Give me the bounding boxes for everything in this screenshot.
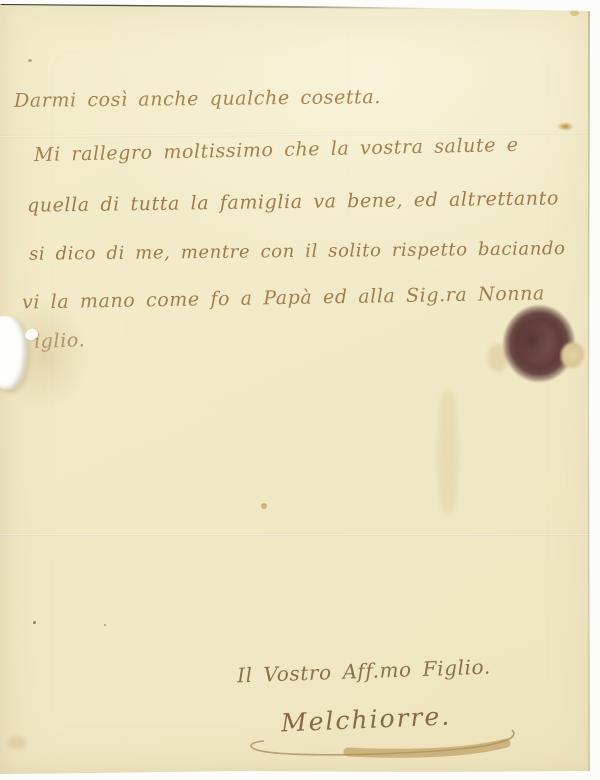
foxing-spot: [104, 624, 106, 626]
wax-seal: [502, 304, 590, 390]
foxing-spot: [33, 621, 36, 624]
letter-line: si dico di me, mentre con il solito risp…: [29, 238, 566, 265]
fold-crease-vertical-center: [347, 8, 350, 772]
letter-paper: Darmi così anche qualche cosetta. Mi ral…: [0, 0, 600, 780]
ink-speck-top-left: [28, 59, 32, 62]
signature-flourish: [240, 726, 530, 762]
stain-bottom-left: [8, 736, 26, 749]
stain-streak: [438, 390, 458, 515]
fold-crease-vertical-left: [125, 8, 128, 772]
wax-seal-dark-patch: [512, 318, 552, 362]
letter-line: Mi rallegro moltissimo che la vostra sal…: [34, 134, 519, 166]
scan-top-edge: [0, 1, 438, 9]
fold-crease-middle: [0, 533, 589, 536]
damage-spot-right-crease: [557, 122, 574, 131]
scan-right-edge: [588, 9, 590, 771]
wax-seal-missing-chip: [556, 337, 589, 373]
letter-line: Darmi così anche qualche cosetta.: [14, 86, 381, 112]
letter-line: quella di tutta la famiglia va bene, ed …: [27, 187, 559, 216]
fiber-spot-top-right: [570, 10, 579, 16]
closing-line: Il Vostro Aff.mo Figlio.: [237, 655, 491, 688]
foxing-spot: [261, 503, 267, 509]
letter-line: vi la mano come fo a Papà ed alla Sig.ra…: [22, 282, 545, 313]
